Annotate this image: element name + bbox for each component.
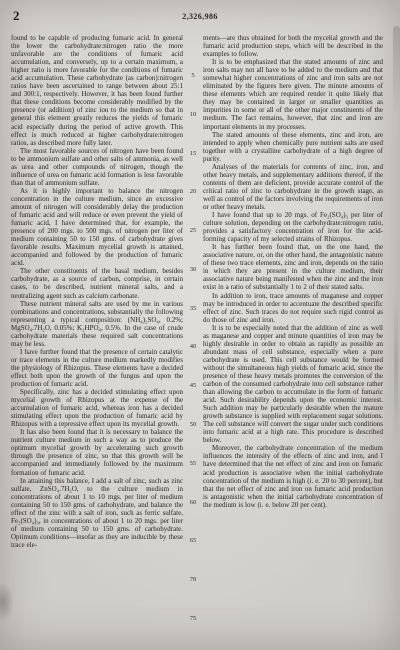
paragraph: These nutrient mineral salts are used by… xyxy=(11,300,183,348)
left-column: found to be capable of producing fumaric… xyxy=(11,34,183,644)
page-content: found to be capable of producing fumaric… xyxy=(0,30,400,644)
paragraph: It is to be emphasized that the stated a… xyxy=(203,58,383,130)
line-number: 60 xyxy=(190,499,197,506)
right-column: ments—are thus obtained for both the myc… xyxy=(203,34,383,644)
paragraph: It has also been found that it is necess… xyxy=(11,428,183,476)
line-number: 70 xyxy=(190,576,197,583)
paragraph: ments—are thus obtained for both the myc… xyxy=(203,34,383,58)
paragraph: As it is highly important to balance the… xyxy=(11,187,183,267)
paragraph: The other constituents of the basal medi… xyxy=(11,267,183,299)
line-number: 50 xyxy=(190,421,197,428)
line-number: 55 xyxy=(190,460,197,467)
paragraph: In addition to iron, trace amounts of ma… xyxy=(203,292,383,324)
patent-page-scan: 2 2,326,986 found to be capable of produ… xyxy=(0,0,400,650)
paragraph: In attaining this balance, I add a salt … xyxy=(11,477,183,549)
line-number: 5 xyxy=(191,72,194,79)
line-number: 10 xyxy=(190,111,197,118)
paragraph: Specifically, zinc has a decided stimula… xyxy=(11,388,183,428)
patent-number: 2,326,986 xyxy=(0,12,400,21)
paragraph: I have found that up to 20 mgs. of Fe₂(S… xyxy=(203,211,383,243)
line-number: 15 xyxy=(190,150,197,157)
line-number: 65 xyxy=(190,537,197,544)
paragraph: It has further been found that, on the o… xyxy=(203,243,383,291)
paragraph: The stated amounts of these elements, zi… xyxy=(203,131,383,163)
paragraph: It is to be especially noted that the ad… xyxy=(203,324,383,445)
line-number: 45 xyxy=(190,382,197,389)
line-number: 40 xyxy=(190,343,197,350)
line-number: 35 xyxy=(190,305,197,312)
line-number: 20 xyxy=(190,188,197,195)
page-header: 2 2,326,986 xyxy=(0,0,400,30)
paragraph: I have further found that the presence o… xyxy=(11,348,183,388)
paragraph: Analyses of the materials for contents o… xyxy=(203,163,383,211)
line-number: 25 xyxy=(190,227,197,234)
paragraph: found to be capable of producing fumaric… xyxy=(11,34,183,147)
paragraph: The most favorable sources of nitrogen h… xyxy=(11,147,183,187)
paragraph: Moreover, the carbohydrate concentration… xyxy=(203,444,383,508)
line-number-gutter: 51015202530354045505560657075 xyxy=(183,34,203,644)
line-number: 30 xyxy=(190,266,197,273)
line-number: 75 xyxy=(190,615,197,622)
